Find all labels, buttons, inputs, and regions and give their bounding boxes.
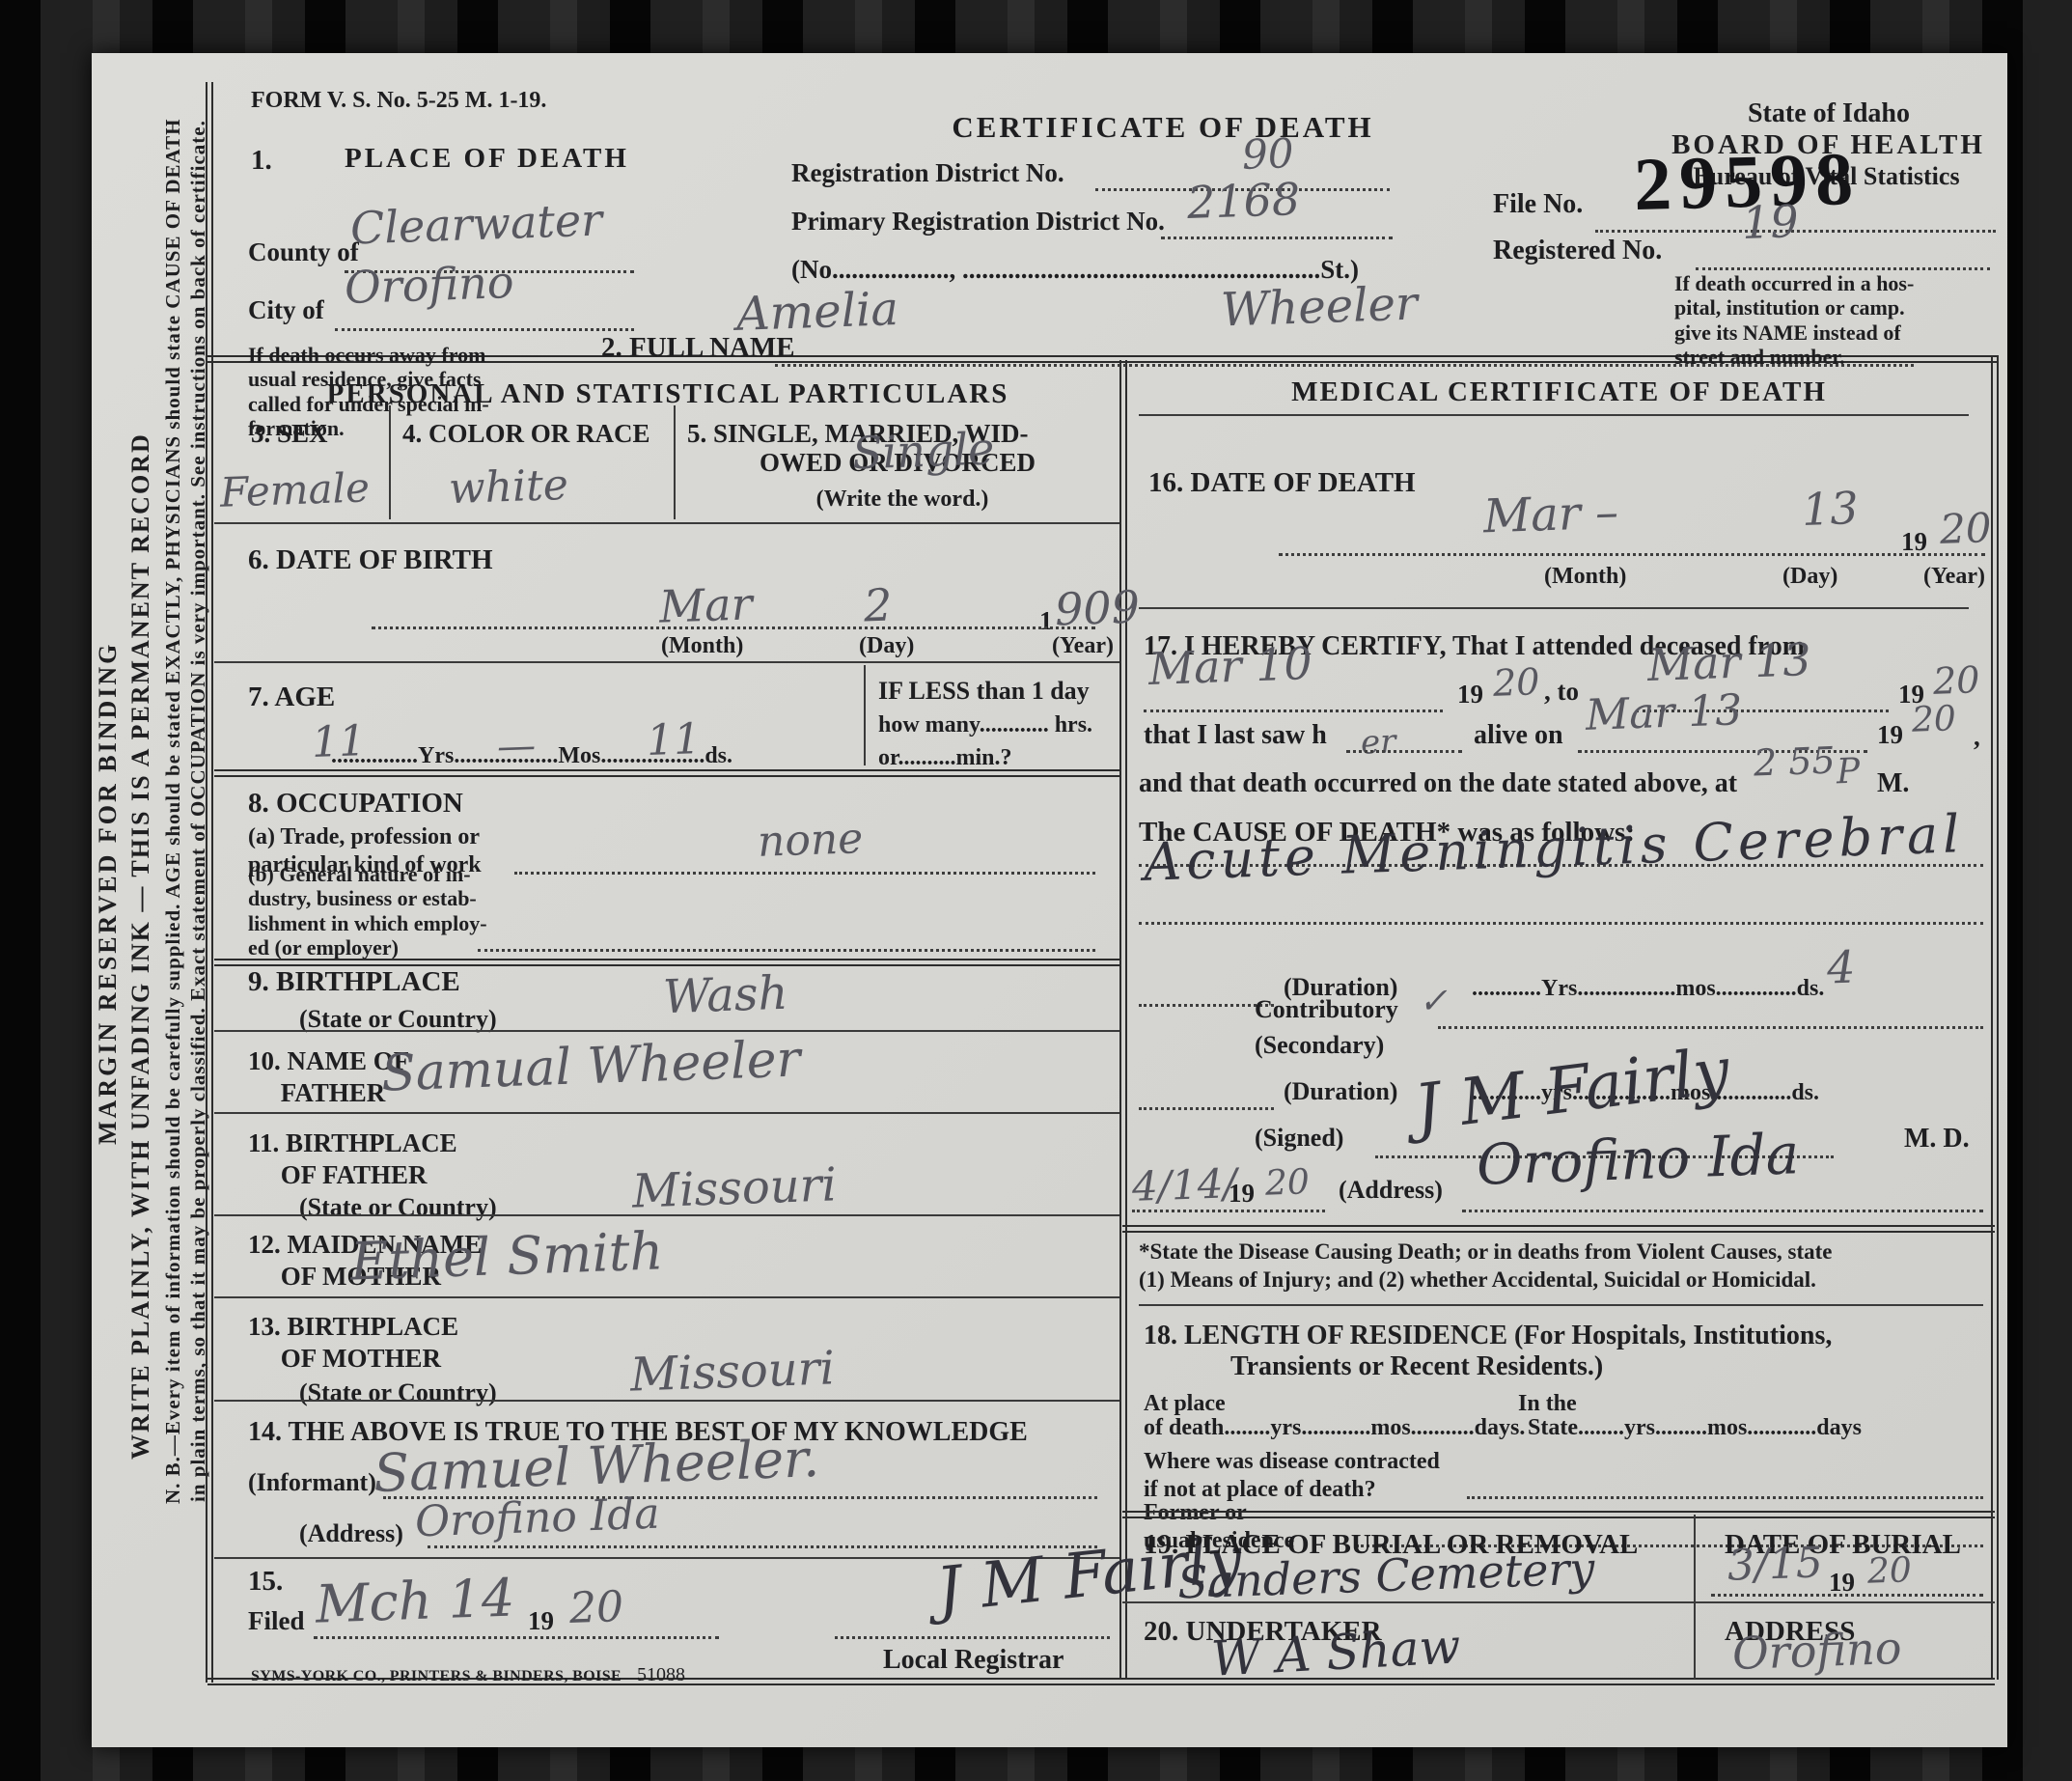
margin-binding-note: MARGIN RESERVED FOR BINDING	[94, 594, 123, 1192]
dob-day-value: 2	[863, 579, 893, 632]
death-time-meridiem-script: P	[1836, 752, 1861, 793]
film-scan-background: MARGIN RESERVED FOR BINDING WRITE PLAINL…	[0, 0, 2072, 1781]
duration1-days-value: 4	[1826, 941, 1856, 994]
state-line: State of Idaho	[1674, 97, 1983, 130]
physician-address-value: Orofino Ida	[1476, 1121, 1800, 1198]
signed-date-script: 4/14/	[1131, 1159, 1237, 1211]
dob-year-cap: (Year)	[1052, 632, 1114, 660]
last-saw-date: Mar 13	[1585, 685, 1743, 740]
signed-year-script: 20	[1264, 1162, 1310, 1204]
father-birthplace-cap: (State or Country)	[299, 1192, 497, 1223]
undertaker-address-value: Orofino	[1731, 1622, 1902, 1680]
hospital-note: If death occurred in a hos- pital, insti…	[1674, 271, 1914, 369]
sex-value: Female	[219, 463, 370, 515]
full-name-first: Amelia	[735, 282, 899, 342]
rule-under-signed	[1122, 1225, 1995, 1233]
signed-year-printed: 19	[1229, 1178, 1255, 1210]
birthplace-value: Wash	[662, 966, 788, 1024]
occupation-b-line	[478, 949, 1095, 952]
age-caps-line: ...............Yrs..................Mos.…	[331, 742, 732, 770]
rule-under-age	[214, 769, 1119, 777]
dod-day-cap: (Day)	[1782, 563, 1837, 591]
date-of-death-month: Mar –	[1482, 486, 1619, 544]
filed-year-printed: 19	[528, 1605, 554, 1637]
rule-under-footnote	[1139, 1304, 1983, 1306]
attended-to-date: Mar 13	[1646, 633, 1811, 691]
duration1-caps: ............Yrs.................mos.....…	[1472, 975, 1824, 1003]
dob-line	[372, 626, 1095, 629]
signed-date-line	[1132, 1210, 1325, 1212]
disease-contracted-label: Where was disease contracted if not at p…	[1144, 1448, 1440, 1504]
contributory-label: Contributory	[1255, 994, 1398, 1025]
rule-under-dob	[214, 661, 1119, 663]
occupation-label: 8. OCCUPATION	[248, 787, 463, 821]
burial-date-line	[1711, 1594, 1983, 1597]
contributory-line	[1438, 1026, 1983, 1029]
last-saw-her: er	[1360, 722, 1396, 762]
frame-left	[206, 82, 213, 1683]
registration-district-value: 90	[1241, 129, 1294, 179]
father-birthplace-value: Missouri	[631, 1157, 838, 1218]
death-time-m-label: M.	[1877, 767, 1909, 800]
registered-no-label: Registered No.	[1493, 235, 1662, 267]
filed-line	[314, 1636, 719, 1639]
mother-birthplace-cap: (State or Country)	[299, 1377, 497, 1408]
sex-label: 3. SEX	[251, 418, 328, 450]
dob-month-value: Mar	[658, 577, 753, 632]
marital-value: Single	[851, 422, 995, 479]
divider-ifless-box	[864, 665, 866, 765]
rule-under-father	[214, 1112, 1119, 1114]
age-label: 7. AGE	[248, 681, 335, 714]
dod-month-cap: (Month)	[1544, 563, 1626, 591]
ifless-line3: or..........min.?	[878, 744, 1011, 772]
dob-month-cap: (Month)	[661, 632, 743, 660]
father-birthplace-label: 11. BIRTHPLACE OF FATHER	[248, 1127, 457, 1191]
divider-burial-date	[1694, 1515, 1696, 1679]
physician-address-line	[1462, 1210, 1983, 1212]
last-saw-comma: ,	[1974, 721, 1980, 753]
item-15: 15.	[248, 1565, 283, 1599]
city-line	[335, 328, 634, 331]
residence-label-line1: 18. LENGTH OF RESIDENCE (For Hospitals, …	[1144, 1320, 1832, 1352]
undertaker-value: W A Shaw	[1210, 1618, 1462, 1686]
mother-maiden-value: Ethel Smith	[349, 1220, 664, 1292]
dod-year-cap: (Year)	[1923, 563, 1985, 591]
occupation-b-label: (b) General nature of in- dustry, busine…	[248, 862, 487, 960]
registrar-label: Local Registrar	[883, 1644, 1064, 1677]
informant-label: (Informant)	[248, 1467, 376, 1498]
race-value: white	[448, 460, 569, 514]
md-label: M. D.	[1904, 1123, 1970, 1155]
signed-label: (Signed)	[1255, 1123, 1343, 1154]
attended-from-year-script: 20	[1492, 660, 1540, 705]
at-place-caps: of death........yrs............mos......…	[1144, 1414, 1525, 1442]
informant-address-value: Orofino Ida	[414, 1489, 660, 1547]
in-the-caps: State........yrs.........mos............…	[1528, 1414, 1862, 1442]
date-of-death-day: 13	[1801, 482, 1859, 536]
filed-date-value: Mch 14	[315, 1567, 515, 1634]
form-number: FORM V. S. No. 5-25 M. 1-19.	[251, 87, 546, 115]
divider-color-marital	[674, 405, 676, 519]
dob-day-cap: (Day)	[859, 632, 914, 660]
residence-label-line2: Transients or Recent Residents.)	[1230, 1350, 1603, 1383]
death-occurred-statement: and that death occurred on the date stat…	[1139, 767, 1737, 800]
personal-heading: PERSONAL AND STATISTICAL PARTICULARS	[214, 377, 1121, 411]
registration-district-label: Registration District No.	[791, 157, 1064, 189]
registered-no-line	[1696, 267, 1990, 270]
date-of-death-year-script: 20	[1939, 504, 1992, 553]
attended-from-year-printed: 19	[1457, 679, 1483, 710]
margin-nb-note-line1: N. B.—Every item of information should b…	[161, 82, 185, 1540]
full-name-last: Wheeler	[1220, 276, 1419, 337]
ifless-line1: IF LESS than 1 day	[878, 676, 1090, 707]
rule-under-father-bp	[214, 1214, 1119, 1216]
certificate-title: CERTIFICATE OF DEATH	[902, 109, 1423, 146]
dob-year-printed: 1	[1039, 605, 1053, 637]
medical-heading: MEDICAL CERTIFICATE OF DEATH	[1122, 376, 1996, 409]
occupation-a-value: none	[757, 814, 864, 867]
registered-no-value: 19	[1741, 195, 1799, 249]
death-time-value: 2 55	[1753, 739, 1836, 785]
occupation-a-line	[514, 872, 1095, 875]
mother-birthplace-value: Missouri	[629, 1341, 836, 1402]
informant-address-line	[428, 1545, 1097, 1548]
dob-label: 6. DATE OF BIRTH	[248, 543, 493, 577]
contributory-check: ✓	[1418, 981, 1449, 1021]
burial-date-value: 3/15	[1727, 1538, 1824, 1590]
city-value: Orofino	[344, 256, 514, 314]
duration2-label: (Duration)	[1284, 1076, 1397, 1107]
item-1: 1.	[251, 144, 272, 178]
primary-district-value: 2168	[1186, 173, 1301, 229]
father-name-value: Samual Wheeler	[380, 1030, 801, 1102]
last-saw-year-printed: 19	[1877, 719, 1903, 751]
death-certificate: MARGIN RESERVED FOR BINDING WRITE PLAINL…	[92, 53, 2007, 1747]
rule-under-medical-heading	[1139, 414, 1969, 416]
cause-line2	[1139, 922, 1983, 925]
registrar-line	[835, 1636, 1110, 1639]
rule-above-burial	[1122, 1511, 1995, 1518]
rule-under-row345	[214, 522, 1119, 524]
place-of-death-label: PLACE OF DEATH	[345, 142, 629, 176]
column-divider	[1119, 360, 1127, 1680]
rule-under-dod	[1139, 607, 1969, 609]
primary-district-line	[1161, 237, 1393, 239]
county-value: Clearwater	[349, 193, 603, 254]
ifless-line2: how many............ hrs.	[878, 711, 1092, 739]
cause-footnote: *State the Disease Causing Death; or in …	[1139, 1238, 1833, 1294]
attended-from-line	[1144, 710, 1443, 712]
margin-permanent-record-note: WRITE PLAINLY, WITH UNFADING INK — THIS …	[126, 333, 155, 1559]
last-saw-prefix: that I last saw h	[1144, 719, 1327, 752]
divider-sex-color	[389, 405, 391, 519]
last-saw-line1	[1346, 750, 1462, 753]
printer-imprint: SYMS-YORK CO., PRINTERS & BINDERS, BOISE	[251, 1667, 622, 1686]
printer-number: 51088	[637, 1663, 685, 1686]
primary-district-label: Primary Registration District No.	[791, 206, 1165, 237]
date-of-death-label: 16. DATE OF DEATH	[1148, 466, 1416, 500]
burial-year-script: 20	[1866, 1550, 1912, 1592]
county-label: County of	[248, 237, 359, 268]
rule-under-burial	[1122, 1601, 1995, 1603]
attended-to-year-script: 20	[1932, 658, 1980, 703]
physician-address-label: (Address)	[1339, 1175, 1443, 1206]
rule-under-mother	[214, 1296, 1119, 1298]
last-saw-alive-on: alive on	[1474, 719, 1563, 752]
rule-under-birthplace	[214, 1030, 1119, 1032]
date-of-death-line	[1279, 553, 1985, 556]
informant-address-label: (Address)	[299, 1518, 403, 1549]
file-no-label: File No.	[1493, 188, 1583, 221]
duration1-leader	[1139, 1004, 1274, 1007]
last-saw-year-script: 20	[1911, 699, 1956, 740]
attended-to-word: , to	[1544, 676, 1579, 708]
city-label: City of	[248, 294, 324, 326]
duration2-leader	[1139, 1107, 1274, 1110]
mother-birthplace-label: 13. BIRTHPLACE OF MOTHER	[248, 1311, 458, 1375]
race-label: 4. COLOR OR RACE	[402, 418, 650, 450]
filed-label: Filed	[248, 1605, 305, 1637]
frame-right	[1991, 355, 1999, 1680]
attended-from-date: Mar 10	[1147, 637, 1312, 695]
disease-contracted-line	[1467, 1496, 1983, 1499]
rule-under-mother-bp	[214, 1400, 1119, 1402]
birthplace-label: 9. BIRTHPLACE	[248, 965, 460, 999]
filed-year-script: 20	[568, 1582, 624, 1633]
secondary-label: (Secondary)	[1255, 1030, 1384, 1061]
marital-hint: (Write the word.)	[729, 486, 1076, 514]
